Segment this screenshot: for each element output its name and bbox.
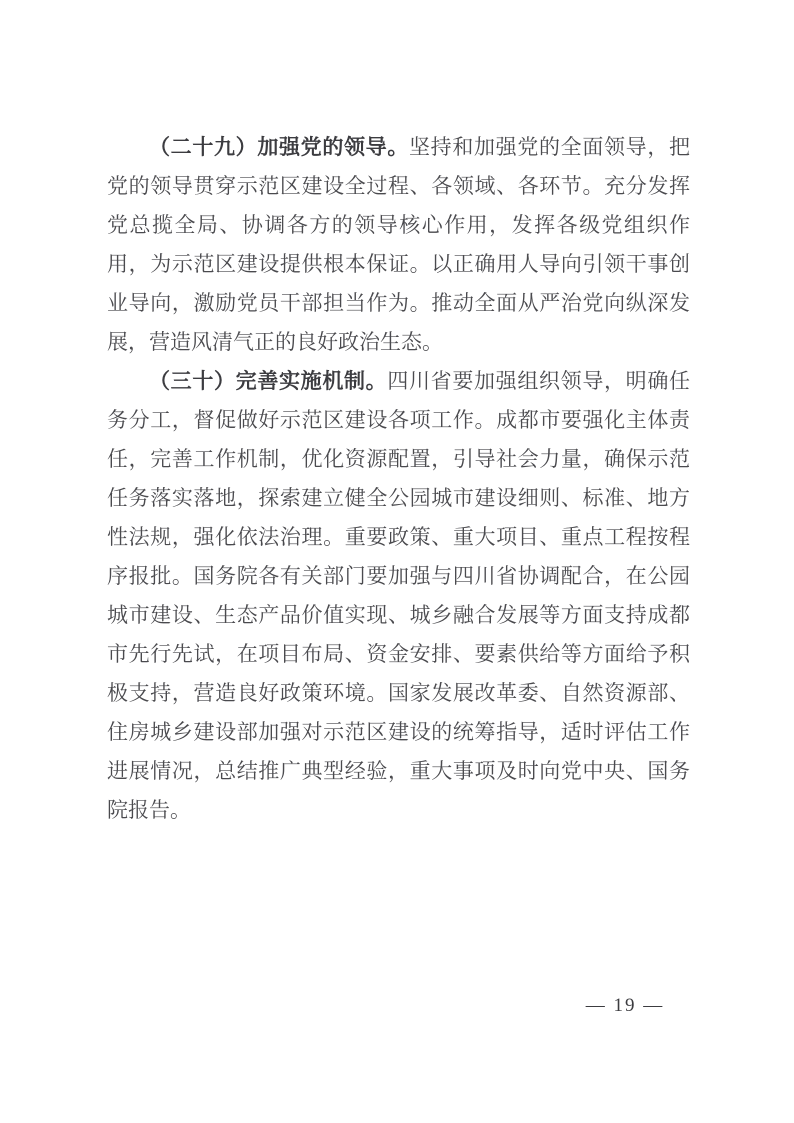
document-page: （二十九）加强党的领导。坚持和加强党的全面领导，把党的领导贯穿示范区建设全过程、… [0, 0, 794, 1123]
document-body: （二十九）加强党的领导。坚持和加强党的全面领导，把党的领导贯穿示范区建设全过程、… [107, 128, 690, 830]
paragraph-29-heading: （二十九）加强党的领导。 [149, 135, 409, 159]
paragraph-29: （二十九）加强党的领导。坚持和加强党的全面领导，把党的领导贯穿示范区建设全过程、… [107, 128, 690, 362]
paragraph-30-body: 四川省要加强组织领导，明确任务分工，督促做好示范区建设各项工作。成都市要强化主体… [107, 369, 690, 822]
paragraph-30-heading: （三十）完善实施机制。 [149, 369, 387, 393]
page-number: — 19 — [560, 995, 690, 1017]
paragraph-30: （三十）完善实施机制。四川省要加强组织领导，明确任务分工，督促做好示范区建设各项… [107, 362, 690, 830]
paragraph-29-body: 坚持和加强党的全面领导，把党的领导贯穿示范区建设全过程、各领域、各环节。充分发挥… [107, 135, 690, 354]
